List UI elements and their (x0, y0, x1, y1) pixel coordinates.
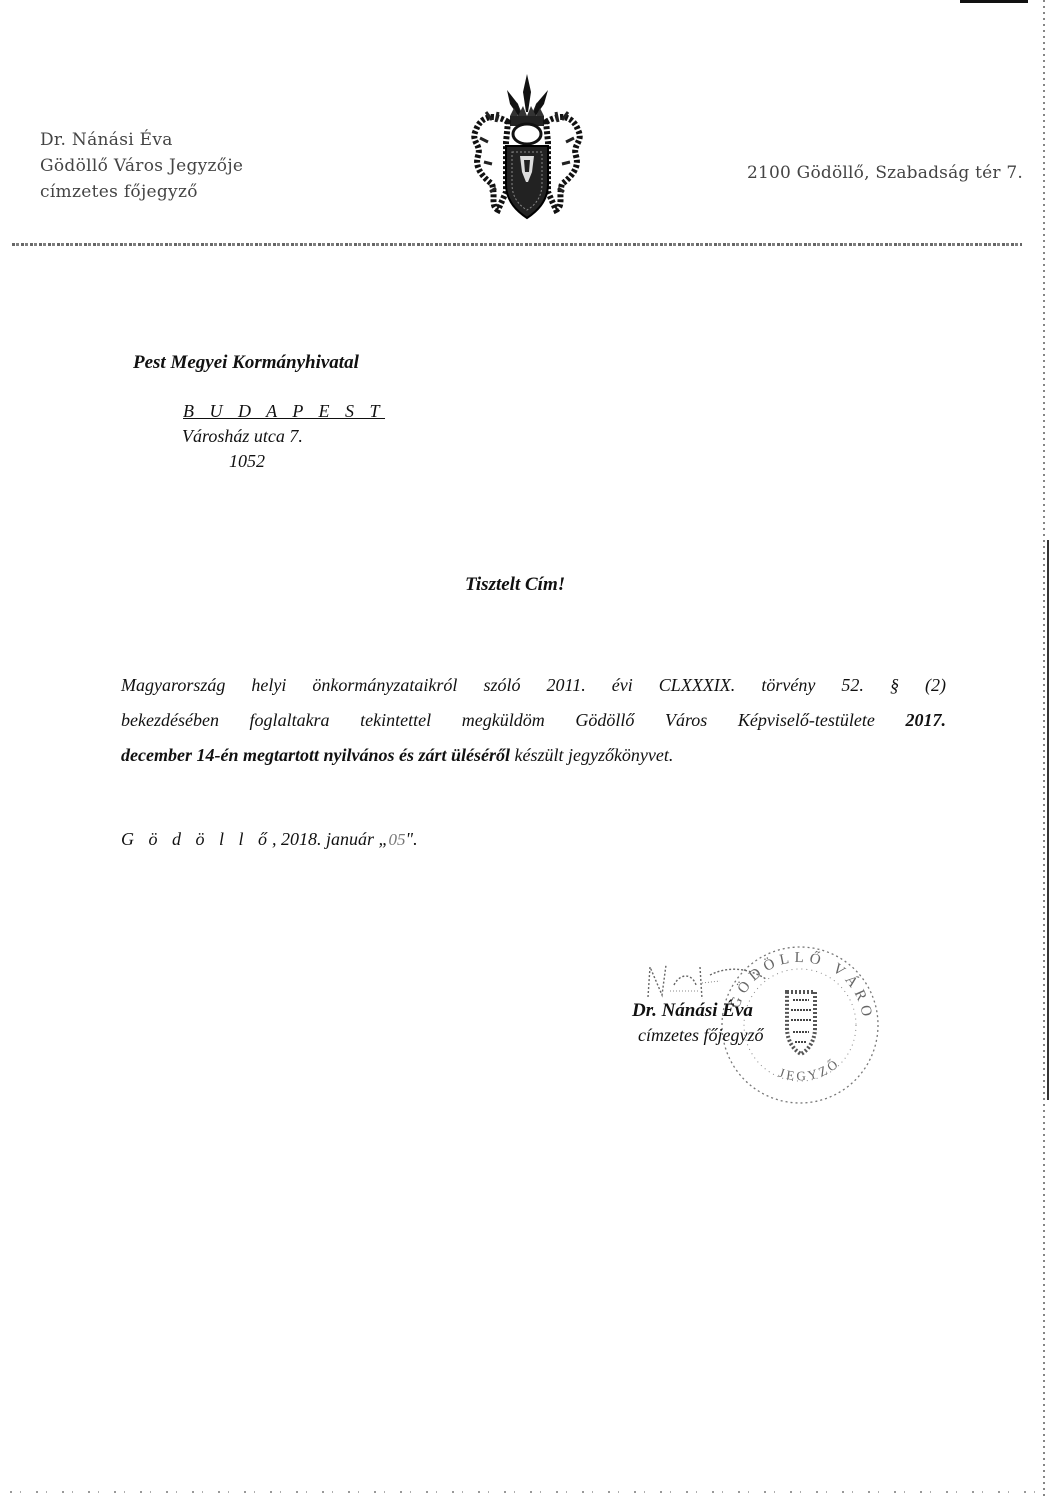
signature-name: Dr. Nánási Éva (632, 1000, 753, 1022)
salutation: Tisztelt Cím! (465, 574, 565, 596)
letter-page: Dr. Nánási Éva Gödöllő Város Jegyzője cí… (0, 0, 1058, 1497)
body-line-2-text: bekezdésében foglaltakra tekintettel meg… (121, 710, 875, 730)
body-line-1: Magyarország helyi önkormányzataikról sz… (121, 668, 946, 703)
date-suffix: ". (406, 829, 418, 849)
body-line-3-bold: december 14-én megtartott nyilvános és z… (121, 745, 510, 765)
letter-date: G ö d ö l l ő, 2018. január „05". (121, 829, 418, 850)
letterhead-divider (12, 243, 1022, 246)
scan-edge-right-solid (1047, 540, 1049, 1100)
body-line-2: bekezdésében foglaltakra tekintettel meg… (121, 703, 946, 738)
letter-body: Magyarország helyi önkormányzataikról sz… (121, 668, 946, 773)
date-text: , 2018. január „ (272, 829, 389, 849)
recipient-street: Városház utca 7. (182, 426, 303, 447)
letterhead-address: 2100 Gödöllő, Szabadság tér 7. (747, 163, 1023, 183)
svg-text:JEGYZŐ: JEGYZŐ (777, 1055, 843, 1084)
scan-edge-top (960, 0, 1028, 3)
recipient-city: B U D A P E S T (183, 401, 385, 422)
scan-edge-right (1043, 0, 1045, 1497)
body-line-3: december 14-én megtartott nyilvános és z… (121, 738, 946, 773)
letterhead-sender: Dr. Nánási Éva Gödöllő Város Jegyzője cí… (40, 127, 243, 205)
recipient-organization: Pest Megyei Kormányhivatal (133, 352, 359, 374)
sender-name: Dr. Nánási Éva (40, 127, 243, 153)
sender-title: címzetes főjegyző (40, 179, 243, 205)
date-place: G ö d ö l l ő (121, 829, 272, 849)
coat-of-arms-icon (462, 72, 592, 222)
signature-title: címzetes főjegyző (638, 1025, 763, 1046)
stamp-text-bottom: JEGYZŐ (777, 1055, 843, 1084)
scan-edge-bottom (10, 1491, 1050, 1493)
body-line-2-bold: 2017. (906, 710, 947, 730)
date-day-handwritten: 05 (389, 830, 406, 849)
sender-role: Gödöllő Város Jegyzője (40, 153, 243, 179)
body-line-3-text: készült jegyzőkönyvet. (514, 745, 673, 765)
recipient-zip: 1052 (229, 451, 265, 472)
